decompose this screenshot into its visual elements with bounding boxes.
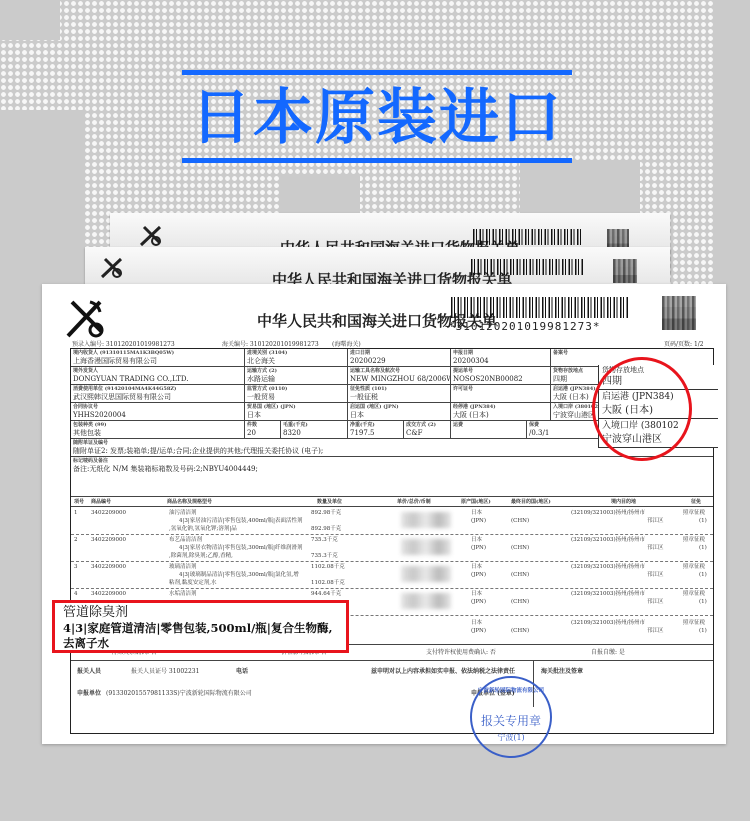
item-spec1: 4|3|玻璃制品清洁|零售包装,300ml/瓶|氯化氢,增 bbox=[179, 571, 299, 579]
contract-label: 合同协议号 bbox=[73, 404, 242, 411]
package-value: 其他包装 bbox=[73, 429, 242, 438]
marks-value: 备注:无纸化 N/M 集装箱标箱数及号码:2;NBYU4004449; bbox=[73, 465, 713, 474]
item-origin-code: (JPN) bbox=[471, 571, 486, 579]
item-qty2: 735.3千克 bbox=[311, 552, 338, 560]
transit-port-value: 大阪 (日本) bbox=[453, 411, 548, 420]
item-domestic: 邗江区 bbox=[647, 627, 664, 635]
item-origin: 日本 bbox=[471, 619, 482, 627]
user-label: 消费使用单位 (91420104MA4K44G58Z) bbox=[73, 386, 242, 393]
item-qty1: 892.98千克 bbox=[311, 509, 341, 517]
item-origin: 日本 bbox=[471, 563, 482, 571]
entry-customs-value: 北仑海关 bbox=[247, 357, 345, 366]
item-qty1: 1102.08千克 bbox=[311, 563, 345, 571]
royalty: 支付特许权使用费确认: 否 bbox=[426, 648, 496, 657]
item-qty2: 892.98千克 bbox=[311, 525, 341, 533]
map-mask bbox=[0, 0, 60, 40]
stamp-company: 宁波新轮国际物流有限公司 bbox=[472, 686, 550, 694]
item-name: 油污清洁剂 bbox=[169, 509, 197, 517]
trade-country-label: 贸易国 (地区) (JPN) bbox=[247, 404, 345, 411]
bl-label: 提运单号 bbox=[453, 368, 548, 375]
callout-spec-line-2: 去离子水 bbox=[63, 636, 338, 651]
license-label: 许可证号 bbox=[453, 386, 548, 393]
item-name: 布艺品清洁剂 bbox=[169, 536, 202, 544]
pieces-value: 20 bbox=[247, 429, 278, 438]
callout-spec-line-1: 4|3|家庭管道清洁|零售包装,500ml/瓶|复合生物酶, bbox=[63, 621, 338, 636]
red-highlight-circle bbox=[592, 357, 692, 461]
stamp-sub: 宁波(1) bbox=[472, 732, 550, 743]
deal-mode-label: 成交方式 (2) bbox=[406, 422, 448, 429]
item-spec2: ,除菌剂,除臭剂;乙醇,香精, bbox=[169, 552, 233, 560]
transport-label: 运输方式 (2) bbox=[247, 368, 345, 375]
item-origin: 日本 bbox=[471, 590, 482, 598]
customs-approval: 海关批注及签章 bbox=[541, 667, 583, 676]
item-domestic: (32109/321003)扬州/扬州市 bbox=[571, 619, 645, 627]
item-tax-code: (1) bbox=[699, 517, 707, 525]
blurred-price bbox=[401, 512, 451, 528]
gross-weight-label: 毛重(千克) bbox=[283, 422, 345, 429]
item-dest-code: (CHN) bbox=[511, 598, 529, 606]
shipper-value: DONGYUAN TRADING CO.,LTD. bbox=[73, 375, 242, 384]
col-qty: 数量及单位 bbox=[317, 498, 342, 505]
item-row: 33402209000玻璃清洁剂4|3|玻璃制品清洁|零售包装,300ml/瓶|… bbox=[71, 562, 713, 589]
import-date-value: 20200229 bbox=[350, 357, 448, 366]
item-code: 3402209000 bbox=[91, 536, 126, 544]
item-qty2: 1102.08千克 bbox=[311, 579, 345, 587]
item-row: 23402209000布艺品清洁剂4|3|家居衣物清洁|零售包装,300ml/瓶… bbox=[71, 535, 713, 562]
contract-value: YHHS2020004 bbox=[73, 411, 242, 420]
customs-number: 海关编号: 310120201019981273 bbox=[222, 339, 319, 348]
item-tax-code: (1) bbox=[699, 544, 707, 552]
vessel-value: NEW MINGZHOU 68/2006W bbox=[350, 375, 448, 384]
transit-port-label: 经停港 (JPN384) bbox=[453, 404, 548, 411]
item-origin-code: (JPN) bbox=[471, 544, 486, 552]
self-report: 自报自缴: 是 bbox=[591, 648, 625, 657]
shipper-label: 境外发货人 bbox=[73, 368, 242, 375]
col-name: 商品名称及规格型号 bbox=[167, 498, 212, 505]
item-domestic2: 邗江区 bbox=[647, 571, 664, 579]
customs-emblem-icon bbox=[138, 223, 164, 249]
blurred-price bbox=[401, 593, 451, 609]
barcode-number: *310120201019981273* bbox=[448, 320, 600, 333]
map-mask bbox=[520, 160, 640, 220]
item-spec2: ,氢氧化钠,氢氧化钾;溶剂|品 bbox=[169, 525, 237, 533]
item-origin-code: (JPN) bbox=[471, 517, 486, 525]
phone-label: 电话 bbox=[236, 667, 248, 676]
item-code: 3402209000 bbox=[91, 590, 126, 598]
item-qty1: 735.3千克 bbox=[311, 536, 338, 544]
declaration-statement: 兹申明对以上内容承担如实申报、依法纳税之法律责任 bbox=[371, 667, 515, 676]
item-origin-code: (JPN) bbox=[471, 598, 486, 606]
item-dest: (CHN) bbox=[511, 627, 529, 635]
customs-seal-stamp: 宁波新轮国际物流有限公司 报关专用章 宁波(1) bbox=[470, 676, 552, 758]
item-code: 3402209000 bbox=[91, 563, 126, 571]
item-no: 3 bbox=[74, 563, 78, 571]
record-no-label: 备案号 bbox=[553, 350, 713, 357]
declaring-unit-label: 申报单位 bbox=[77, 689, 101, 698]
item-origin: (JPN) bbox=[471, 627, 486, 635]
item-spec2: 粘剂,黏度安定剂,水 bbox=[169, 579, 217, 587]
product-highlight-callout: 管道除臭剂 4|3|家庭管道清洁|零售包装,500ml/瓶|复合生物酶, 去离子… bbox=[52, 600, 349, 653]
declarant-label: 报关人员 bbox=[77, 667, 101, 676]
col-dest: 最终目的国(地区) bbox=[511, 498, 551, 505]
item-name: 玻璃清洁剂 bbox=[169, 563, 197, 571]
pre-entry-number: 预录入编号: 310120201019981273 bbox=[72, 339, 175, 348]
pieces-label: 件数 bbox=[247, 422, 278, 429]
page-count: 页码/页数: 1/2 bbox=[664, 339, 704, 348]
callout-product-name: 管道除臭剂 bbox=[63, 605, 338, 621]
item-tax: 照章征税 bbox=[683, 563, 705, 571]
item-domestic2: 邗江区 bbox=[647, 598, 664, 606]
col-origin: 原产国(地区) bbox=[461, 498, 491, 505]
map-mask bbox=[0, 740, 750, 821]
item-domestic2: 邗江区 bbox=[647, 544, 664, 552]
qr-code bbox=[662, 296, 696, 330]
col-domestic: 境内目的地 bbox=[611, 498, 636, 505]
item-no: 4 bbox=[74, 590, 78, 598]
tax-nature-value: 一般征税 bbox=[350, 393, 448, 402]
item-tax-code: (1) bbox=[699, 598, 707, 606]
item-tax: 照章征税 bbox=[683, 590, 705, 598]
item-domestic: (32109/321003)扬州/扬州市 bbox=[571, 509, 645, 517]
item-qty1: 944.64千克 bbox=[311, 590, 341, 598]
col-price: 单价/总价/币制 bbox=[397, 498, 431, 505]
col-item-no: 项号 bbox=[74, 498, 84, 505]
item-spec1: 4|3|家居油污清洁|零售包装,400ml/瓶|表面活性剂 bbox=[179, 517, 303, 525]
item-domestic: (32109/321003)扬州/扬州市 bbox=[571, 590, 645, 598]
item-row: 13402209000油污清洁剂4|3|家居油污清洁|零售包装,400ml/瓶|… bbox=[71, 508, 713, 535]
item-domestic: (32109/321003)扬州/扬州市 bbox=[571, 536, 645, 544]
declare-date-value: 20200304 bbox=[453, 357, 548, 366]
item-no: 2 bbox=[74, 536, 78, 544]
consignee-value: 上海香漫国际贸易有限公司 bbox=[73, 357, 242, 366]
customs-emblem-icon bbox=[62, 296, 108, 342]
item-tax: 照章征税 bbox=[683, 509, 705, 517]
items-header: 项号 商品编号 商品名称及规格型号 数量及单位 单价/总价/币制 原产国(地区)… bbox=[71, 497, 713, 507]
banner: 日本原装进口 bbox=[182, 70, 572, 166]
banner-title: 日本原装进口 bbox=[182, 80, 572, 156]
origin-country-label: 启运国 (地区) (JPN) bbox=[350, 404, 448, 411]
item-tax: (1) bbox=[699, 627, 707, 635]
customs-emblem-icon bbox=[99, 255, 125, 281]
customs-declaration-sheet: 中华人民共和国海关进口货物报关单 *310120201019981273* 预录… bbox=[42, 284, 726, 744]
marks-label: 标记唛码及备注 bbox=[73, 458, 713, 465]
net-weight-value: 7197.5 bbox=[350, 429, 401, 438]
import-date-label: 进口日期 bbox=[350, 350, 448, 357]
item-tax-code: (1) bbox=[699, 571, 707, 579]
item-origin: 日本 bbox=[471, 536, 482, 544]
item-dest-code: (CHN) bbox=[511, 544, 529, 552]
qr-code bbox=[613, 259, 637, 283]
item-name: 水垢清洁剂 bbox=[169, 590, 197, 598]
barcode bbox=[451, 297, 629, 318]
item-dest-code: (CHN) bbox=[511, 517, 529, 525]
consignee-label: 境内收货人 (91310115MA1K3BQ05W) bbox=[73, 350, 242, 357]
declarant-id: 报关人员证号 31002231 bbox=[131, 667, 199, 676]
gross-weight-value: 8320 bbox=[283, 429, 345, 438]
origin-country-value: 日本 bbox=[350, 411, 448, 420]
banner-bottom-line bbox=[182, 158, 572, 163]
item-dest-code: (CHN) bbox=[511, 571, 529, 579]
col-code: 商品编号 bbox=[91, 498, 111, 505]
barcode bbox=[471, 259, 583, 275]
item-tax: 照章征税 bbox=[683, 619, 705, 627]
deal-mode-value: C&F bbox=[406, 429, 448, 438]
vessel-label: 运输工具名称及航次号 bbox=[350, 368, 448, 375]
trade-country-value: 日本 bbox=[247, 411, 345, 420]
blurred-price bbox=[401, 566, 451, 582]
barcode bbox=[473, 229, 583, 245]
bl-value: NOSOS20NB00082 bbox=[453, 375, 548, 384]
package-label: 包装种类 (99) bbox=[73, 422, 242, 429]
stamp-text: 报关专用章 bbox=[472, 712, 550, 729]
tax-nature-label: 征免性质 (101) bbox=[350, 386, 448, 393]
declaring-unit: (91330201557981133S)宁波新轮国际物流有限公司 bbox=[106, 689, 252, 698]
item-domestic2: 邗江区 bbox=[647, 517, 664, 525]
blurred-price bbox=[401, 539, 451, 555]
customs-office: (海曙海关) bbox=[332, 339, 361, 348]
col-tax: 征免 bbox=[691, 498, 701, 505]
net-weight-label: 净重(千克) bbox=[350, 422, 401, 429]
banner-top-line bbox=[182, 70, 572, 75]
declare-date-label: 申报日期 bbox=[453, 350, 548, 357]
supervision-value: 一般贸易 bbox=[247, 393, 345, 402]
supervision-label: 监管方式 (0110) bbox=[247, 386, 345, 393]
item-tax: 照章征税 bbox=[683, 536, 705, 544]
item-origin: 日本 bbox=[471, 509, 482, 517]
item-domestic: (32109/321003)扬州/扬州市 bbox=[571, 563, 645, 571]
item-spec1: 4|3|家居衣物清洁|零售包装,300ml/瓶|纤维润滑剂 bbox=[179, 544, 303, 552]
user-value: 武汉熙韩汉思国际贸易有限公司 bbox=[73, 393, 242, 402]
item-no: 1 bbox=[74, 509, 78, 517]
map-mask bbox=[280, 175, 360, 215]
item-code: 3402209000 bbox=[91, 509, 126, 517]
freight-label: 运费 bbox=[453, 422, 524, 429]
entry-customs-label: 进境关别 (3104) bbox=[247, 350, 345, 357]
transport-value: 水路运输 bbox=[247, 375, 345, 384]
